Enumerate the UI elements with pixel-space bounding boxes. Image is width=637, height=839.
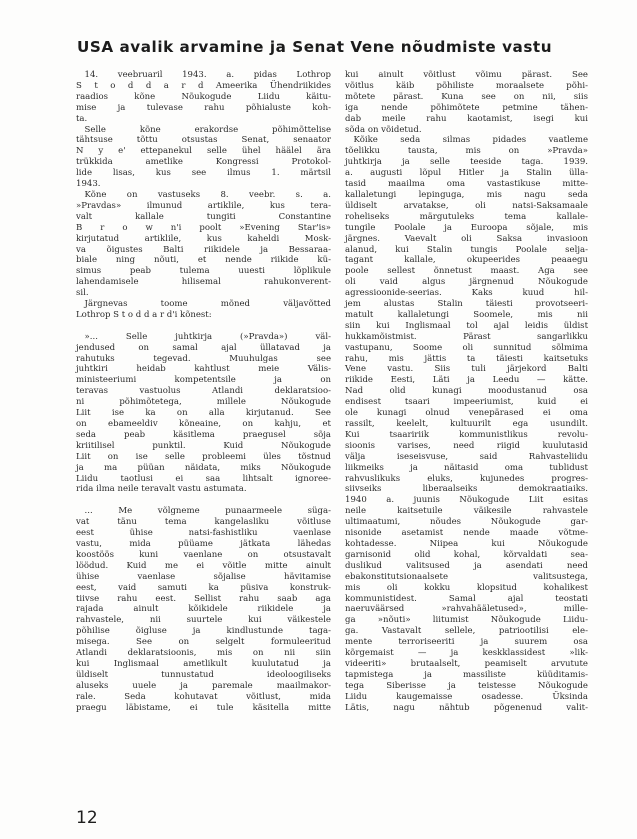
text-line: Liidu kaugemaisse osadesse. Üksinda (345, 692, 588, 703)
text-line: mise ja tulevase rahu põhialuste koh- (76, 103, 331, 114)
text-line: Nad olid kunagi moodustanud osa (345, 386, 588, 397)
text-line: Selle kõne erakordse põhimõttelise (76, 125, 331, 136)
text-line: Liit on ise selle probleemi üles tõstnud (76, 452, 331, 463)
text-line: tapmistega ja massiliste küüditamis- (345, 670, 588, 681)
text-line: riikide Eesti, Läti ja Leedu — kätte. (345, 375, 588, 386)
text-line: järgnes. Vaevalt oli Saksa invasioon (345, 234, 588, 245)
text-line: endisest tsaari impeeriumist, kuid ei (345, 397, 588, 408)
text-line: ... Me võlgneme punaarmeele süga- (76, 506, 331, 517)
text-line: praegu läbistame, ei tule käsitella mitt… (76, 703, 331, 714)
text-line: tungile Poolale ja Euroopa sõjale, mis (345, 223, 588, 234)
right-text-column: kui ainult võitlust võimu pärast. Seevõi… (345, 70, 588, 713)
text-line: jendused on samal ajal üllatavad ja (76, 343, 331, 354)
text-line: biale ning nõuti, et nende riikide kü- (76, 255, 331, 266)
text-line: liikmeiks ja näitasid oma tublidust (345, 463, 588, 474)
text-line: raadios kõne Nõukogude Liidu käitu- (76, 92, 331, 103)
text-line: ebakonstitutsionaalsete valitsustega, (345, 572, 588, 583)
text-line: oli vaid algus järgnenud Nõukogude (345, 277, 588, 288)
page-number: 12 (76, 808, 98, 828)
text-line: koostöös kuni vaenlane on otsustavalt (76, 550, 331, 561)
text-line: lahendamisele hilisemal rahukonverent- (76, 277, 331, 288)
text-line: rida ilma neile teravalt vastu astumata. (76, 484, 331, 495)
text-line: ministeeriumi kompetentsile ja on (76, 375, 331, 386)
text-line: ni põhimõtetega, millele Nõukogude (76, 397, 331, 408)
text-line: teravas vastuolus Atlandi deklaratsioo- (76, 386, 331, 397)
text-line: mõtete pärast. Kuna see on nii, siis (345, 92, 588, 103)
text-line: trükkida ametlike Kongressi Protokol- (76, 157, 331, 168)
text-line: vastu, mida püüame jätkata lähedas (76, 539, 331, 550)
text-line: sil. (76, 288, 331, 299)
text-line: siin kui Inglismaal tol ajal leidis üldi… (345, 321, 588, 332)
text-line: eest, vaid samuti ka püsiva konstruk- (76, 583, 331, 594)
left-text-column: 14. veebruaril 1943. a. pidas LothropS t… (76, 70, 331, 713)
text-line: sioonis varises, need riigid kuulutasid (345, 441, 588, 452)
text-line: ole kunagi olnud venepärased ei oma (345, 408, 588, 419)
text-line: hukkamõistmist. Pärast sangarlikku (345, 332, 588, 343)
text-line: mis oli kokku klopsitud kohalikest (345, 583, 588, 594)
text-line: valt kallale tungiti Constantine (76, 212, 331, 223)
text-line: eest ühise natsi-fashistliku vaenlase (76, 528, 331, 539)
text-line: dab meile rahu kaotamist, isegi kui (345, 114, 588, 125)
text-line: Liidu taotlusi ei saa lihtsalt ignoree- (76, 474, 331, 485)
text-line: seda peab käsitlema praegusel sõja (76, 430, 331, 441)
text-line: välja iseseisvuse, said Rahvasteliidu (345, 452, 588, 463)
text-line: ga »nõuti» liitumist Nõukogude Liidu- (345, 615, 588, 626)
text-line: rale. Seda kohutavat võitlust, mida (76, 692, 331, 703)
text-line: »Pravdas» ilmunud artiklile, kus tera- (76, 201, 331, 212)
text-line: on ebameeldiv kõneaine, on kahju, et (76, 419, 331, 430)
text-line: simus peab tulema uuesti lõplikule (76, 266, 331, 277)
text-line: va õigustes Balti riikidele ja Bessaraa- (76, 245, 331, 256)
text-line: 14. veebruaril 1943. a. pidas Lothrop (76, 70, 331, 81)
text-line: üldiselt tunnustatud ideoloogiliseks (76, 670, 331, 681)
text-line: poole sellest õnnetust maast. Aga see (345, 266, 588, 277)
text-line: juhtkiri heidab kahtlust meie Välis- (76, 364, 331, 375)
text-line: tega Siberisse ja teistesse Nõukogude (345, 681, 588, 692)
text-line: iga nende põhimõtete petmine tähen- (345, 103, 588, 114)
text-line: videeriti» brutaalselt, peamiselt arvutu… (345, 659, 588, 670)
text-line: üldiselt arvatakse, oli natsi-Saksamaale (345, 201, 588, 212)
text-line: vastupanu, Soome oli sunnitud sõlmima (345, 343, 588, 354)
text-line: rassilt, keelelt, kultuurilt ega usundil… (345, 419, 588, 430)
text-line: kallaletungi lepinguga, mis nagu seda (345, 190, 588, 201)
text-line: Vene vastu. Siis tuli järjekord Balti (345, 364, 588, 375)
text-line: misega. See on selgelt formuleeritud (76, 637, 331, 648)
text-line: naeruväärsed »rahvahääletused», mille- (345, 604, 588, 615)
text-line: Lothrop S t o d d a r d'i kõnest: (76, 310, 331, 321)
text-line: rahu, mis jättis ta täiesti kaitsetuks (345, 354, 588, 365)
text-line: kommunistidest. Samal ajal teostati (345, 594, 588, 605)
text-line: löödud. Kuid me ei võitle mitte ainult (76, 561, 331, 572)
text-line: N y e' ettepanekul selle ühel häälel ära (76, 146, 331, 157)
text-line: ühise vaenlase sõjalise hävitamise (76, 572, 331, 583)
text-line: a. augusti lõpul Hitler ja Stalin ülla- (345, 168, 588, 179)
text-line: garnisonid olid kohal, kõrvaldati sea- (345, 550, 588, 561)
text-line: tõelikku tausta, mis on »Pravda» (345, 146, 588, 157)
text-line: sõda on võidetud. (345, 125, 588, 136)
text-line: vat tänu tema kangelasliku võitluse (76, 517, 331, 528)
text-line: jem alustas Stalin täiesti provotseeri- (345, 299, 588, 310)
text-line: agressioonide-seerias. Kaks kuud hil- (345, 288, 588, 299)
text-line: kriitilisel punktil. Kuid Nõukogude (76, 441, 331, 452)
text-line: Lätis, nagu nähtub põgenenud valit- (345, 703, 588, 714)
text-line: Atlandi deklaratsioonis, mis on nii siin (76, 648, 331, 659)
text-line: mente terroriseeriti ja suurem osa (345, 637, 588, 648)
text-line: võitlus käib põhiliste moraalsete põhi- (345, 81, 588, 92)
text-line: Kõne on vastuseks 8. veebr. s. a. (76, 190, 331, 201)
text-line: nisonide asetamist nende maade võtme- (345, 528, 588, 539)
text-line: »... Selle juhtkirja (»Pravda») väl- (76, 332, 331, 343)
text-line: S t o d d a r d Ameerika Ühendriikides (76, 81, 331, 92)
text-line: Järgnevas toome mõned väljavõtted (76, 299, 331, 310)
text-line: kui ainult võitlust võimu pärast. See (345, 70, 588, 81)
text-line: rahvuslikuks eluks, kujunedes progres- (345, 474, 588, 485)
text-line: põhilise õigluse ja kindlustunde taga- (76, 626, 331, 637)
text-line: lide lisas, kus see ilmus 1. märtsil (76, 168, 331, 179)
text-line: kõrgemaist — ja keskklassidest »lik- (345, 648, 588, 659)
text-line (76, 495, 331, 506)
text-line: siivseiks liberaalseiks demokraatiaiks. (345, 484, 588, 495)
text-line: tähtsuse tõttu otsustas Senat, senaator (76, 135, 331, 146)
text-line: rahvastele, nii suurtele kui väikestele (76, 615, 331, 626)
document-page: USA avalik arvamine ja Senat Vene nõudmi… (0, 0, 637, 839)
text-line: matult kallaletungi Soomele, mis nii (345, 310, 588, 321)
text-line: juhtkirja ja selle teeside taga. 1939. (345, 157, 588, 168)
text-line: kirjutatud artiklile, kus kaheldi Mosk- (76, 234, 331, 245)
text-line: tasid maailma oma vastastikuse mitte- (345, 179, 588, 190)
text-line: aluseks uuele ja paremale maailmakor- (76, 681, 331, 692)
text-line: Kõike seda silmas pidades vaatleme (345, 135, 588, 146)
text-line: ta. (76, 114, 331, 125)
text-line: duslikud valitsused ja asendati need (345, 561, 588, 572)
text-line: kui Inglismaal ametlikult kuulutatud ja (76, 659, 331, 670)
text-line: neile kaitsetuile väikesile rahvastele (345, 506, 588, 517)
text-line: B r o w n'i poolt »Evening Star'is» (76, 223, 331, 234)
text-line: Kui tsaaririik kommunistlikus revolu- (345, 430, 588, 441)
text-line: rahutuks tegevad. Muuhulgas see (76, 354, 331, 365)
text-line: Liit ise ka on alla kirjutanud. See (76, 408, 331, 419)
text-line: 1943. (76, 179, 331, 190)
text-line: kohtadesse. Niipea kui Nõukogude (345, 539, 588, 550)
text-line: ga. Vastavalt sellele, patriootilisi ele… (345, 626, 588, 637)
text-line: tiivse rahu eest. Sellist rahu saab aga (76, 594, 331, 605)
text-line: alanud, kui Stalin tungis Poolale selja- (345, 245, 588, 256)
text-line: rajada ainult kõikidele riikidele ja (76, 604, 331, 615)
article-title: USA avalik arvamine ja Senat Vene nõudmi… (77, 38, 592, 56)
text-line: 1940 a. juunis Nõukogude Liit esitas (345, 495, 588, 506)
text-line: tagant kallale, okupeerides peaaegu (345, 255, 588, 266)
text-line: ultimaatumi, nõudes Nõukogude gar- (345, 517, 588, 528)
text-line (76, 321, 331, 332)
text-line: roheliseks märgutuleks tema kallale- (345, 212, 588, 223)
text-line: ja ma püüan näidata, miks Nõukogude (76, 463, 331, 474)
